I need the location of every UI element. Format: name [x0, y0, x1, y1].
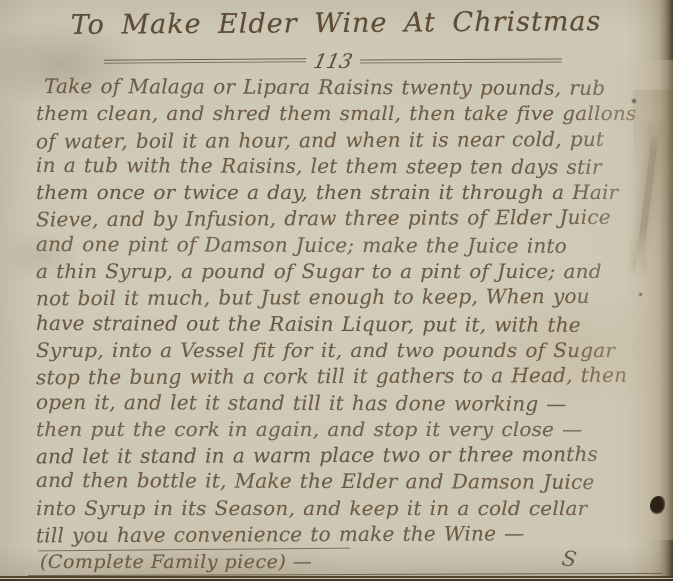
recipe-line: and then bottle it, Make the Elder and D… [36, 467, 652, 495]
recipe-line: them clean, and shred them small, then t… [36, 100, 652, 126]
recipe-line: Syrup, into a Vessel fit for it, and two… [36, 337, 652, 363]
bottom-double-rule [0, 576, 673, 581]
recipe-line: and let it stand in a warm place two or … [36, 441, 652, 470]
recipe-line: then put the cork in again, and stop it … [36, 416, 652, 442]
recipe-body: Take of Malaga or Lipara Raisins twenty … [36, 74, 652, 547]
recipe-line: of water, boil it an hour, and when it i… [36, 125, 652, 154]
recipe-line: open it, and let it stand till it has do… [36, 388, 652, 416]
recipe-line: into Syrup in its Season, and keep it in… [36, 495, 652, 521]
recipe-line: and one pint of Damson Juice; make the J… [36, 231, 652, 259]
recipe-line: Take of Malaga or Lipara Raisins twenty … [36, 73, 652, 101]
recipe-line: not boil it much, but Just enough to kee… [36, 283, 652, 312]
title-rule-right [360, 58, 562, 63]
recipe-title: To Make Elder Wine At Christmas [56, 6, 616, 41]
title-rule-left [104, 58, 306, 63]
signature-initial: S [560, 546, 578, 572]
recipe-line: stop the bung with a cork till it gather… [36, 362, 652, 391]
recipe-line: in a tub with the Raisins, let them stee… [36, 152, 652, 180]
ink-speck [631, 98, 637, 104]
ink-speck [118, 532, 123, 536]
recipe-line: a thin Syrup, a pound of Sugar to a pint… [36, 258, 652, 284]
recipe-line: till you have convenience to make the Wi… [36, 520, 652, 549]
recipe-line: them once or twice a day, then strain it… [36, 179, 652, 205]
footer-label: (Complete Family piece) — [40, 551, 312, 573]
recipe-line: have strained out the Raisin Liquor, put… [36, 310, 652, 338]
manuscript-page: To Make Elder Wine At Christmas 113 Take… [0, 0, 673, 581]
page-number: 113 [303, 49, 362, 73]
title-rule: 113 [104, 50, 562, 72]
ink-speck [638, 292, 643, 297]
recipe-line: Sieve, and by Infusion, draw three pints… [36, 204, 652, 233]
